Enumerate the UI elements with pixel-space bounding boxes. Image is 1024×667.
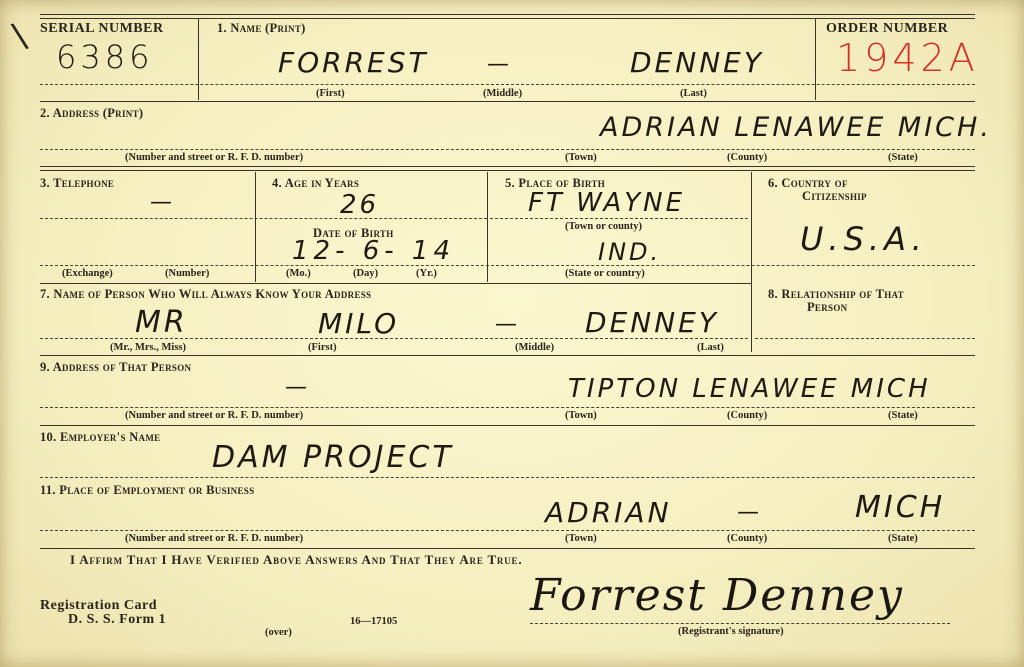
dob-caption-year: (Yr.) — [416, 268, 437, 279]
employment-town-value: ADRIAN — [545, 496, 672, 529]
contact-address-caption-state: (State) — [888, 410, 918, 421]
address-caption-state: (State) — [888, 152, 918, 163]
telephone-label: 3. Telephone — [40, 176, 114, 191]
rule — [40, 548, 975, 549]
contact-caption-title: (Mr., Mrs., Miss) — [110, 342, 186, 353]
rule — [40, 101, 975, 102]
birthplace-state-caption: (State or country) — [565, 268, 645, 279]
address-caption-town: (Town) — [565, 152, 597, 163]
registration-card: \ SERIAL NUMBER 6386 1. Name (Print) FOR… — [0, 0, 1024, 667]
divider — [198, 18, 199, 100]
contact-person-middle-value: — — [495, 312, 520, 337]
last-caption: (Last) — [680, 88, 707, 99]
contact-address-street-value: — — [285, 375, 310, 400]
dashed-rule — [755, 338, 975, 339]
telephone-value: — — [150, 190, 175, 215]
contact-address-value: TIPTON LENAWEE MICH — [568, 374, 931, 404]
order-number-value: 1942A — [836, 36, 979, 80]
contact-caption-first: (First) — [308, 342, 337, 353]
rule — [40, 283, 752, 284]
telephone-caption-number: (Number) — [165, 268, 209, 279]
first-caption: (First) — [316, 88, 345, 99]
birthplace-town-value: FT WAYNE — [528, 188, 685, 218]
address-label: 2. Address (Print) — [40, 106, 143, 121]
dashed-rule — [40, 407, 975, 408]
employer-label: 10. Employer's Name — [40, 430, 160, 445]
citizenship-value: U.S.A. — [800, 220, 927, 258]
dob-caption-month: (Mo.) — [286, 268, 311, 279]
dob-caption-day: (Day) — [353, 268, 378, 279]
form-id: D. S. S. Form 1 — [68, 612, 166, 628]
dashed-rule — [40, 530, 975, 531]
middle-caption: (Middle) — [483, 88, 522, 99]
rule — [40, 166, 975, 167]
contact-address-caption-street: (Number and street or R. F. D. number) — [125, 410, 303, 421]
contact-caption-last: (Last) — [697, 342, 724, 353]
contact-address-caption-town: (Town) — [565, 410, 597, 421]
serial-number-value: 6386 — [56, 38, 153, 76]
employment-caption-state: (State) — [888, 533, 918, 544]
dashed-rule — [40, 338, 748, 339]
serial-number-label: SERIAL NUMBER — [40, 21, 164, 37]
name-label: 1. Name (Print) — [217, 21, 306, 36]
signature-line — [530, 623, 950, 624]
employment-caption-town: (Town) — [565, 533, 597, 544]
registrant-signature: Forrest Denney — [530, 570, 904, 621]
contact-person-first-value: MILO — [318, 307, 399, 340]
contact-address-caption-county: (County) — [727, 410, 767, 421]
top-rule-2 — [40, 18, 975, 19]
employment-caption-street: (Number and street or R. F. D. number) — [125, 533, 303, 544]
affirmation-text: I Affirm That I Have Verified Above Answ… — [70, 552, 522, 568]
signature-caption: (Registrant's signature) — [678, 626, 784, 637]
contact-address-label: 9. Address of That Person — [40, 360, 191, 375]
relationship-label-line2: Person — [807, 300, 847, 315]
citizenship-label-line2: Citizenship — [802, 189, 867, 204]
contact-person-title-value: MR — [135, 305, 188, 340]
dashed-rule — [40, 149, 975, 150]
check-mark: \ — [9, 15, 30, 57]
dashed-rule — [40, 84, 975, 85]
birthplace-town-caption: (Town or county) — [565, 221, 642, 232]
name-last-value: DENNEY — [630, 46, 764, 79]
employment-state-value: MICH — [855, 490, 945, 525]
telephone-caption-exchange: (Exchange) — [62, 268, 113, 279]
contact-person-last-value: DENNEY — [585, 306, 719, 339]
contact-person-label: 7. Name of Person Who Will Always Know Y… — [40, 287, 371, 302]
employer-value: DAM PROJECT — [212, 440, 454, 475]
dashed-rule — [40, 265, 975, 266]
rule — [40, 170, 975, 171]
over-label: (over) — [265, 627, 292, 638]
dashed-rule — [490, 218, 748, 219]
name-middle-value: — — [487, 52, 512, 77]
name-first-value: FORREST — [278, 46, 429, 79]
birthplace-state-value: IND. — [598, 238, 661, 266]
age-value: 26 — [340, 190, 379, 220]
address-caption-county: (County) — [727, 152, 767, 163]
top-rule — [40, 14, 975, 15]
contact-caption-middle: (Middle) — [515, 342, 554, 353]
dashed-rule — [40, 218, 487, 219]
divider — [751, 172, 752, 352]
employment-caption-county: (County) — [727, 533, 767, 544]
employment-county-value: — — [737, 500, 762, 525]
divider — [815, 18, 816, 100]
dashed-rule — [40, 477, 975, 478]
order-number-label: ORDER NUMBER — [826, 21, 948, 37]
address-value: ADRIAN LENAWEE MICH. — [600, 112, 992, 143]
employment-place-label: 11. Place of Employment or Business — [40, 483, 254, 498]
address-caption-street: (Number and street or R. F. D. number) — [125, 152, 303, 163]
rule — [40, 355, 975, 356]
dob-value: 12- 6- 14 — [292, 236, 455, 266]
print-code: 16—17105 — [350, 616, 397, 627]
age-label: 4. Age in Years — [272, 176, 359, 191]
rule — [40, 425, 975, 426]
